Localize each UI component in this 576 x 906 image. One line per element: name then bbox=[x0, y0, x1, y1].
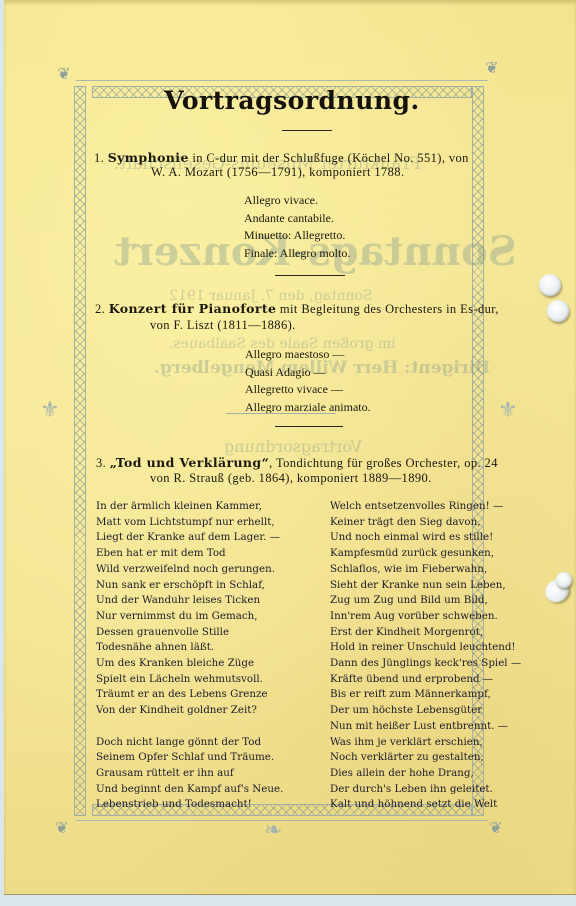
poem-line: Hold in reiner Unschuld leuchtend! bbox=[330, 640, 521, 656]
poem-line: Spielt ein Lächeln wehmutsvoll. bbox=[96, 672, 283, 688]
corner-flourish-icon: ❦ bbox=[488, 820, 504, 836]
poem-line: Und der Wanduhr leises Ticken bbox=[96, 593, 283, 609]
program-item-1-line1: 1. Symphonie in C-dur mit der Schlußfuge… bbox=[94, 150, 469, 166]
poem-line: Matt vom Lichtstumpf nur erhellt, bbox=[96, 515, 283, 531]
work-title: „Tod und Verklärung“ bbox=[110, 455, 269, 470]
poem-line: Lebenstrieb und Todesmacht! bbox=[96, 797, 283, 813]
punch-hole bbox=[547, 300, 569, 322]
movement: Allegro maestoso — bbox=[245, 346, 371, 364]
frame-rule-top bbox=[76, 80, 488, 81]
poem-line: In der ärmlich kleinen Kammer, bbox=[96, 499, 283, 515]
poem-line: Sieht der Kranke nun sein Leben, bbox=[330, 578, 521, 594]
poem-line: Wild verzweifelnd noch gerungen. bbox=[96, 562, 283, 578]
poem-line: Seinem Opfer Schlaf und Träume. bbox=[96, 750, 283, 766]
poem-line: Nur vernimmst du im Gemach, bbox=[96, 609, 283, 625]
poem-line: Nun sank er erschöpft in Schlaf, bbox=[96, 578, 283, 594]
poem-line: Kräfte übend und erprobend — bbox=[330, 672, 521, 688]
poem-line: Doch nicht lange gönnt der Tod bbox=[96, 735, 283, 751]
section-divider bbox=[275, 426, 343, 427]
corner-flourish-icon: ❦ bbox=[484, 60, 500, 76]
movement-list-1: Allegro vivace. Andante cantabile. Minue… bbox=[244, 192, 350, 262]
poem-line: Der um höchste Lebensgüter bbox=[330, 703, 521, 719]
poem-line: Und noch einmal wird es stille! bbox=[330, 530, 521, 546]
poem-line: Dann des Jünglings keck'res Spiel — bbox=[330, 656, 521, 672]
poem-line: Dessen grauenvolle Stille bbox=[96, 625, 283, 641]
poem-line bbox=[96, 719, 283, 735]
poem-left-column: In der ärmlich kleinen Kammer,Matt vom L… bbox=[96, 499, 283, 813]
poem-line: Welch entsetzenvolles Ringen! — bbox=[330, 499, 521, 515]
movement-list-2: Allegro maestoso — Quasi Adagio — Allegr… bbox=[245, 346, 371, 416]
poem-line: Noch verklärter zu gestalten, bbox=[330, 750, 521, 766]
program-item-2-line1: 2. Konzert für Pianoforte mit Begleitung… bbox=[95, 301, 499, 317]
poem-line: Von der Kindheit goldner Zeit? bbox=[96, 703, 283, 719]
corner-flourish-icon: ❦ bbox=[56, 66, 72, 82]
section-ornament-divider bbox=[226, 413, 336, 414]
poem-line: Keiner trägt den Sieg davon, bbox=[330, 515, 521, 531]
poem-line: Träumt er an des Lebens Grenze bbox=[96, 687, 283, 703]
poem-line: Dies allein der hohe Drang, bbox=[330, 766, 521, 782]
section-divider bbox=[275, 275, 345, 276]
poem-line: Erst der Kindheit Morgenrot, bbox=[330, 625, 521, 641]
bleed-text-program: Vortragsordnung bbox=[224, 437, 362, 456]
movement: Quasi Adagio — bbox=[245, 364, 371, 382]
poem-line: Bis er reift zum Männerkampf, bbox=[330, 687, 521, 703]
program-item-1-line2: W. A. Mozart (1756—1791), komponiert 178… bbox=[151, 165, 404, 180]
poem-line: Inn'rem Aug vorüber schweben. bbox=[330, 609, 521, 625]
work-details: , Tondichtung für großes Orchester, op. … bbox=[269, 456, 498, 470]
title-divider bbox=[282, 130, 332, 131]
work-title: Konzert für Pianoforte bbox=[109, 301, 277, 316]
poem-line: Kampfesmüd zurück gesunken, bbox=[330, 546, 521, 562]
work-details: mit Begleitung des Orchesters in Es-dur, bbox=[276, 302, 498, 316]
program-item-2-line2: von F. Liszt (1811—1886). bbox=[150, 318, 296, 333]
poem-line: Und beginnt den Kampf auf's Neue. bbox=[96, 782, 283, 798]
item-number: 3. bbox=[96, 456, 106, 470]
poem-line: Schlaflos, wie im Fieberwahn, bbox=[330, 562, 521, 578]
movement: Allegretto vivace — bbox=[245, 381, 371, 399]
side-scroll-ornament-icon: ⚜ bbox=[498, 400, 518, 422]
poem-line: Eben hat er mit dem Tod bbox=[96, 546, 283, 562]
program-item-3-line1: 3. „Tod und Verklärung“, Tondichtung für… bbox=[96, 455, 498, 471]
movement: Finale: Allegro molto. bbox=[244, 245, 350, 263]
poem-line: Todesnähe ahnen läßt. bbox=[96, 640, 283, 656]
work-details: in C-dur mit der Schlußfuge (Köchel No. … bbox=[189, 151, 469, 165]
item-number: 1. bbox=[94, 151, 104, 165]
bottom-scroll-ornament-icon: ❧ bbox=[264, 820, 282, 842]
corner-flourish-icon: ❦ bbox=[54, 820, 70, 836]
poem-line: Kalt und höhnend setzt die Welt bbox=[330, 797, 521, 813]
poem-line: Grausam rüttelt er ihn auf bbox=[96, 766, 283, 782]
movement: Andante cantabile. bbox=[244, 210, 350, 228]
program-item-3-line2: von R. Strauß (geb. 1864), komponiert 18… bbox=[150, 471, 432, 486]
page-title: Vortragsordnung. bbox=[4, 86, 576, 115]
poem-line: Um des Kranken bleiche Züge bbox=[96, 656, 283, 672]
poem-line: Der durch's Leben ihn geleitet. bbox=[330, 782, 521, 798]
punch-hole bbox=[539, 274, 561, 296]
movement: Allegro vivace. bbox=[244, 192, 350, 210]
poem-right-column: Welch entsetzenvolles Ringen! —Keiner tr… bbox=[330, 499, 521, 813]
punch-hole bbox=[556, 572, 572, 588]
side-scroll-ornament-icon: ⚜ bbox=[40, 400, 60, 422]
work-title: Symphonie bbox=[108, 150, 189, 165]
program-page: ❦ ❦ ❦ ❦ ⚜ ⚜ ❧ Frankfurter Museums-Gesell… bbox=[4, 0, 576, 895]
ornamental-border-left bbox=[74, 86, 86, 816]
poem-line: Was ihm je verklärt erschien, bbox=[330, 735, 521, 751]
movement: Minuetto: Allegretto. bbox=[244, 227, 350, 245]
poem-line: Nun mit heißer Lust entbrennt. — bbox=[330, 719, 521, 735]
item-number: 2. bbox=[95, 302, 105, 316]
poem-line: Liegt der Kranke auf dem Lager. — bbox=[96, 530, 283, 546]
poem-line: Zug um Zug und Bild um Bild, bbox=[330, 593, 521, 609]
